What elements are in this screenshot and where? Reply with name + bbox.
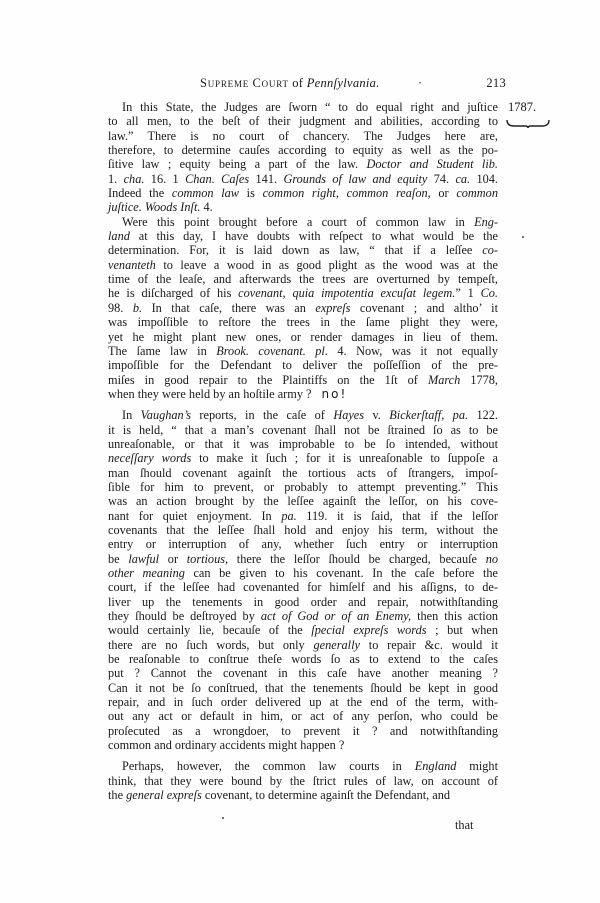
italic-text: covenant, quia impotentia excuſat legem. <box>238 286 455 300</box>
text-line: The ſame law in Brook. covenant. pl. 4. … <box>108 344 498 358</box>
italic-text: Grounds of law and equity <box>283 172 427 186</box>
ink-speck <box>522 236 524 238</box>
page-number: 213 <box>486 76 506 91</box>
paragraph: Were this point brought before a court o… <box>108 215 498 401</box>
italic-text: co- <box>482 243 498 257</box>
court-label-supreme: Supreme <box>200 76 249 90</box>
text-line: unreaſonable, or that it was improbable … <box>108 437 498 451</box>
of-word: of <box>292 76 303 90</box>
text-line: be reaſonable to conſtrue theſe words ſo… <box>108 652 498 666</box>
italic-text: Co. <box>481 286 498 300</box>
text-line: miſes in good repair to the Plaintiffs o… <box>108 373 498 387</box>
italic-text: Vaughan’s <box>141 408 191 422</box>
italic-text: cha. <box>124 172 145 186</box>
text-line: would certainly lie, becauſe of the ſpec… <box>108 623 498 637</box>
state-name: Pennſylvania. <box>307 76 380 90</box>
text-line: liver up the tenements in good order and… <box>108 595 498 609</box>
italic-text: Hayes <box>333 408 364 422</box>
italic-text: ca. <box>455 172 470 186</box>
text-line: there are no ſuch words, but only genera… <box>108 638 498 652</box>
italic-text: common right, common reaſon, <box>263 186 431 200</box>
text-line: impoſſible for the Defendant to deliver … <box>108 358 498 372</box>
text-line: neceſſary words to make it ſuch ; for it… <box>108 451 498 465</box>
running-head: Supreme Court of Pennſylvania. · 213 <box>108 76 498 92</box>
italic-text: act of God or of an Enemy, <box>261 609 411 623</box>
text-line: law.” There is no court of chancery. The… <box>108 129 498 143</box>
text-line: In this State, the Judges are ſworn “ to… <box>108 100 498 114</box>
paragraph: In this State, the Judges are ſworn “ to… <box>108 100 498 215</box>
text-line: Were this point brought before a court o… <box>108 215 498 229</box>
text-line: they ſhould be deſtroyed by act of God o… <box>108 609 498 623</box>
text-line: was impoſſible to reſtore the trees in t… <box>108 315 498 329</box>
text-line: 98. b. In that caſe, there was an expreſ… <box>108 301 498 315</box>
running-head-title: Supreme Court of Pennſylvania. <box>200 76 380 91</box>
paragraph: Perhaps, however, the common law courts … <box>108 759 498 802</box>
text-line: 1. cha. 16. 1 Chan. Caſes 141. Grounds o… <box>108 172 498 186</box>
italic-text: tortious, <box>187 552 228 566</box>
text-line: was an action brought by the leſſee agai… <box>108 494 498 508</box>
text-line: the general expreſs covenant, to determi… <box>108 788 498 802</box>
text-line: he is diſcharged of his covenant, quia i… <box>108 286 498 300</box>
italic-text: land <box>108 229 130 243</box>
text-line: common and ordinary accidents might happ… <box>108 738 498 752</box>
ink-speck <box>222 817 224 819</box>
text-line: covenants that the leſſee ſhall hold and… <box>108 523 498 537</box>
text-line: think, that they were bound by the ſtric… <box>108 774 498 788</box>
header-dot: · <box>418 76 422 91</box>
text-line: nant for quiet enjoyment. In pa. 119. it… <box>108 509 498 523</box>
text-line: when they were held by an hoſtile army ?… <box>108 387 498 401</box>
text-line: yet he might plant new ones, or render d… <box>108 330 498 344</box>
italic-text: common law <box>172 186 239 200</box>
text-line: entry or interruption of any, whether ſu… <box>108 537 498 551</box>
text-line: ſitive law ; equity being a part of the … <box>108 157 498 171</box>
italic-text: Bickerſtaff, pa. <box>389 408 468 422</box>
text-line: venanteth to leave a wood in as good pli… <box>108 258 498 272</box>
text-line: put ? Cannot the covenant in this caſe h… <box>108 666 498 680</box>
catchword: that <box>455 818 473 833</box>
italic-text: ſpecial expreſs words <box>311 623 426 637</box>
text-line: repair, and in ſuch order delivered up a… <box>108 695 498 709</box>
italic-text: general expreſs <box>126 788 202 802</box>
text-line: therefore, to determine cauſes according… <box>108 143 498 157</box>
italic-text: b. <box>133 301 142 315</box>
text-line: Can it not be ſo conſtrued, that the ten… <box>108 681 498 695</box>
italic-text: pa. <box>281 509 296 523</box>
text-line: juſtice. Woods Inſt. 4. <box>108 200 498 214</box>
text-line: Indeed the common law is common right, c… <box>108 186 498 200</box>
paragraph: In Vaughan’s reports, in the caſe of Hay… <box>108 408 498 752</box>
text-line: land at this day, I have doubts with reſ… <box>108 229 498 243</box>
italic-text: Eng- <box>474 215 498 229</box>
text-line: In Vaughan’s reports, in the caſe of Hay… <box>108 408 498 422</box>
text-line: ſible for him to prevent, or probably to… <box>108 480 498 494</box>
handwritten-annotation: no! <box>322 387 348 401</box>
italic-text: generally <box>314 638 360 652</box>
text-line: court, if the leſſee had covenanted for … <box>108 580 498 594</box>
text-line: man ſhould covenant againſt the tortious… <box>108 466 498 480</box>
text-line: to all men, to the beſt of their judgmen… <box>108 114 498 128</box>
text-line: determination. For, it is laid down as l… <box>108 243 498 257</box>
italic-text: Chan. Caſes <box>185 172 249 186</box>
court-label-court: Court <box>253 76 289 90</box>
body-text: In this State, the Judges are ſworn “ to… <box>108 100 498 803</box>
text-line: proſecuted as a wrongdoer, to prevent it… <box>108 724 498 738</box>
italic-text: Doctor and Student lib. <box>367 157 498 171</box>
italic-text: no <box>486 552 498 566</box>
italic-text: lawful <box>128 552 159 566</box>
text-line: be lawful or tortious, there the leſſor … <box>108 552 498 566</box>
italic-text: Brook. covenant. pl. <box>216 344 328 358</box>
margin-year-note: 1787. <box>508 100 536 115</box>
text-line: out any act or default in him, or act of… <box>108 709 498 723</box>
text-line: Perhaps, however, the common law courts … <box>108 759 498 773</box>
text-line: other meaning can be given to his covena… <box>108 566 498 580</box>
italic-text: March <box>428 373 460 387</box>
book-page: Supreme Court of Pennſylvania. · 213 178… <box>0 0 600 903</box>
italic-text: other meaning <box>108 566 185 580</box>
italic-text: expreſs <box>315 301 350 315</box>
text-line: time of the leaſe, and afterwards the tr… <box>108 272 498 286</box>
italic-text: neceſſary words <box>108 451 191 465</box>
brace-icon <box>506 119 550 129</box>
italic-text: venanteth <box>108 258 156 272</box>
italic-text: common <box>456 186 498 200</box>
text-line: it is held, “ that a man’s covenant ſhal… <box>108 423 498 437</box>
italic-text: juſtice. Woods Inſt. <box>108 200 200 214</box>
italic-text: England <box>415 759 457 773</box>
